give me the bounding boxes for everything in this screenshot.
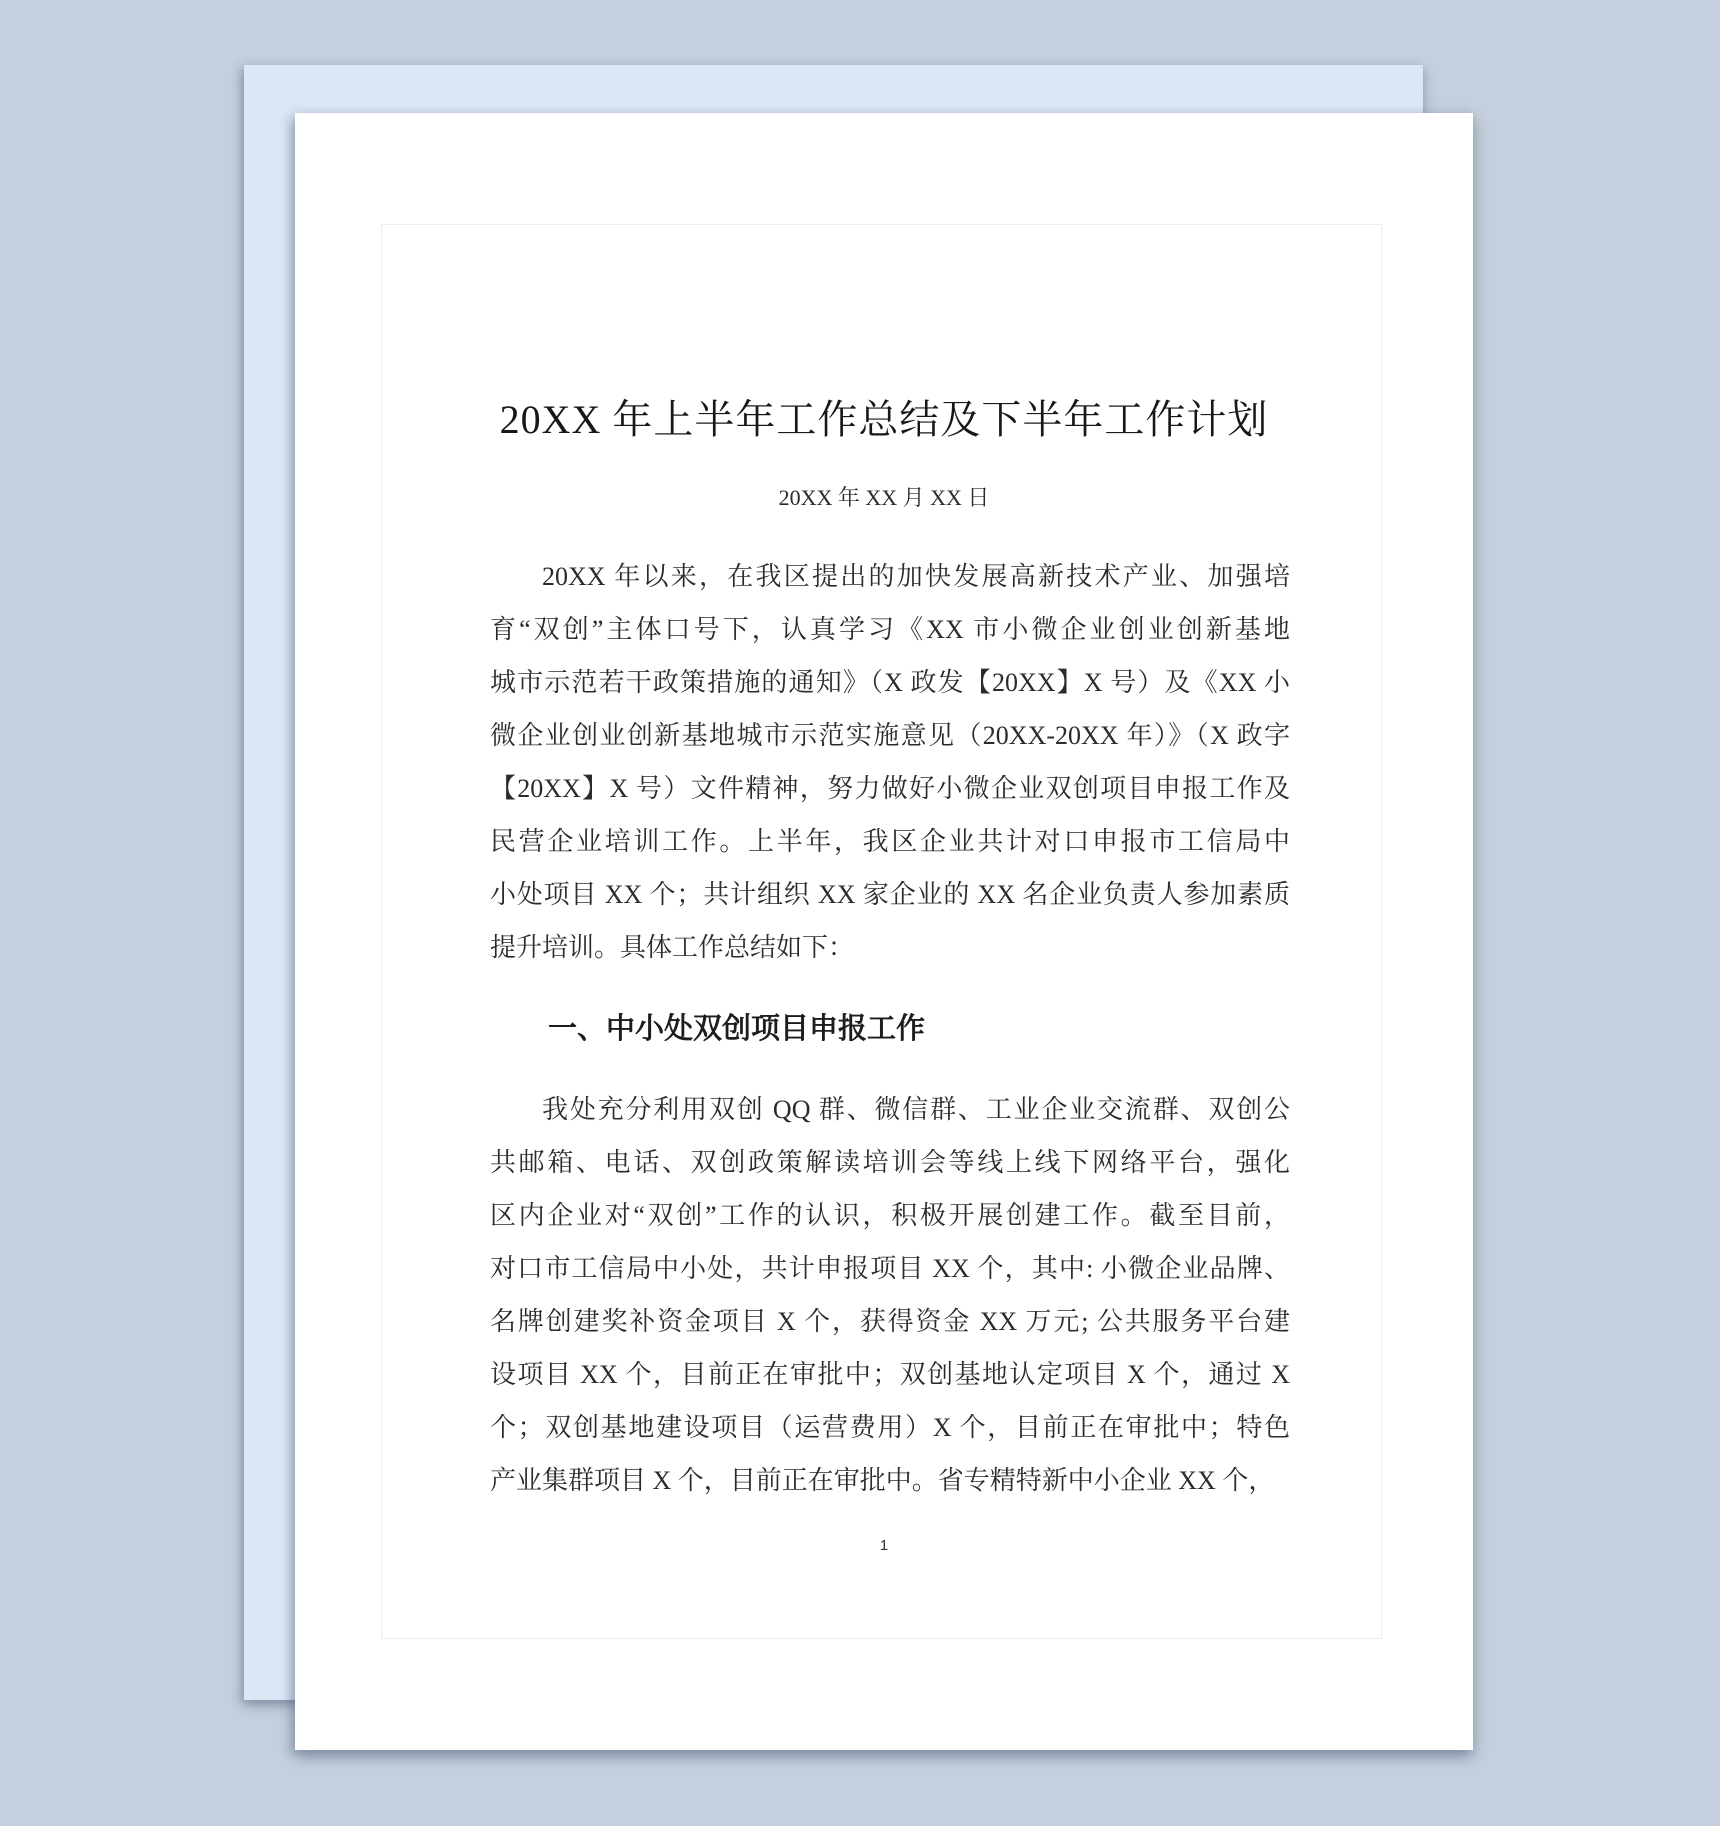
text-line: 对口市工信局中小处，共计申报项目 XX 个，其中: 小微企业品牌、 (490, 1242, 1290, 1295)
document-title: 20XX 年上半年工作总结及下半年工作计划 (295, 396, 1473, 444)
paragraph-intro: 20XX 年以来，在我区提出的加快发展高新技术产业、加强培育“双创”主体口号下，… (490, 550, 1290, 974)
text-line: 产业集群项目 X 个，目前正在审批中。省专精特新中小企业 XX 个， (490, 1454, 1290, 1507)
text-line: 提升培训。具体工作总结如下： (490, 921, 1290, 974)
text-line: 名牌创建奖补资金项目 X 个，获得资金 XX 万元; 公共服务平台建 (490, 1295, 1290, 1348)
document-date: 20XX 年 XX 月 XX 日 (295, 485, 1473, 511)
text-line: 个；双创基地建设项目（运营费用）X 个，目前正在审批中；特色 (490, 1401, 1290, 1454)
page-number: 1 (295, 1537, 1473, 1555)
text-line: 微企业创业创新基地城市示范实施意见（20XX-20XX 年）》（X 政字 (490, 709, 1290, 762)
text-line: 城市示范若干政策措施的通知》（X 政发【20XX】X 号）及《XX 小 (490, 656, 1290, 709)
text-line: 育“双创”主体口号下，认真学习《XX 市小微企业创业创新基地 (490, 603, 1290, 656)
section-heading-1: 一、中小处双创项目申报工作 (490, 1010, 1290, 1048)
text-line: 我处充分利用双创 QQ 群、微信群、工业企业交流群、双创公 (490, 1083, 1290, 1136)
text-line: 【20XX】X 号）文件精神，努力做好小微企业双创项目申报工作及 (490, 762, 1290, 815)
text-line: 共邮箱、电话、双创政策解读培训会等线上线下网络平台，强化 (490, 1136, 1290, 1189)
desktop-background: { "document": { "title": "20XX 年上半年工作总结及… (0, 0, 1720, 1826)
text-line: 小处项目 XX 个；共计组织 XX 家企业的 XX 名企业负责人参加素质 (490, 868, 1290, 921)
text-line: 区内企业对“双创”工作的认识，积极开展创建工作。截至目前， (490, 1189, 1290, 1242)
text-line: 民营企业培训工作。上半年，我区企业共计对口申报市工信局中 (490, 815, 1290, 868)
text-line: 20XX 年以来，在我区提出的加快发展高新技术产业、加强培 (490, 550, 1290, 603)
document-page: 20XX 年上半年工作总结及下半年工作计划 20XX 年 XX 月 XX 日 2… (295, 113, 1473, 1750)
text-line: 设项目 XX 个，目前正在审批中；双创基地认定项目 X 个，通过 X (490, 1348, 1290, 1401)
paragraph-section1-body: 我处充分利用双创 QQ 群、微信群、工业企业交流群、双创公共邮箱、电话、双创政策… (490, 1083, 1290, 1507)
